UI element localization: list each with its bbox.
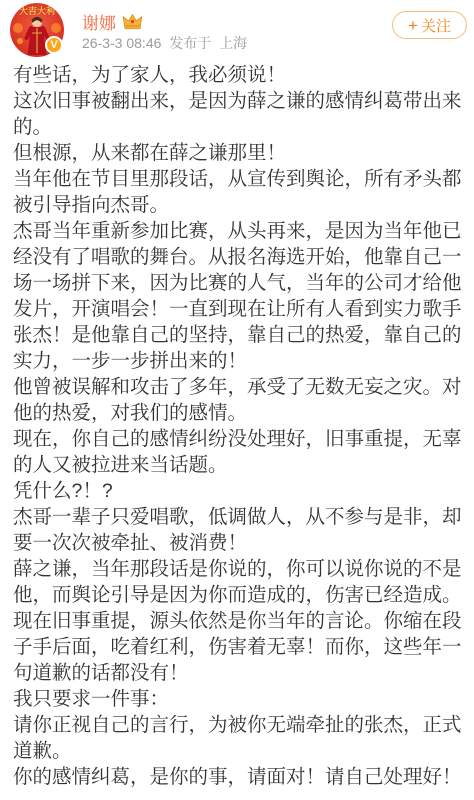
follow-button[interactable]: + 关注: [392, 11, 467, 39]
user-name-row: 谢娜: [82, 9, 143, 34]
post-paragraph: 但根源，从来都在薛之谦那里！: [13, 140, 468, 166]
posted-from-label: 发布于: [169, 35, 211, 51]
post-paragraph: 凭什么?！?: [13, 478, 468, 504]
post-content: 有些话，为了家人，我必须说！这次旧事被翻出来，是因为薛之谦的感情纠葛带出来的。但…: [0, 58, 474, 790]
username-link[interactable]: 谢娜: [82, 9, 116, 34]
post-meta: 26-3-3 08:46 发布于 上海: [82, 33, 251, 53]
post-paragraph: 杰哥当年重新参加比赛，从头再来，是因为当年他已经没有了唱歌的舞台。从报名海选开始…: [13, 218, 468, 374]
post-paragraph: 这次旧事被翻出来，是因为薛之谦的感情纠葛带出来的。: [13, 88, 468, 140]
verified-badge-icon: V: [45, 36, 63, 54]
post-paragraph: 我只要求一件事：: [13, 686, 468, 712]
post-paragraph: 他曾被误解和攻击了多年，承受了无数无妄之灾。对他的热爱，对我们的感情。: [13, 374, 468, 426]
post-paragraph: 当年他在节目里那段话，从宣传到舆论，所有矛头都被引导指向杰哥。: [13, 166, 468, 218]
post-paragraph: 杰哥一辈子只爱唱歌，低调做人，从不参与是非，却要一次次被牵扯、被消费！: [13, 504, 468, 556]
post-timestamp: 26-3-3 08:46: [82, 35, 161, 51]
avatar-decoration-text: 大吉大利: [10, 4, 64, 17]
post-paragraph: 有些话，为了家人，我必须说！: [13, 62, 468, 88]
follow-button-label: 关注: [421, 15, 451, 36]
post-location[interactable]: 上海: [219, 35, 247, 51]
post-header: 大吉大利 V 谢娜 26-3-3: [0, 0, 474, 58]
post-paragraph: 你的感情纠葛，是你的事，请面对！请自己处理好！: [13, 764, 468, 790]
post-paragraph: 请你正视自己的言行，为被你无端牵扯的张杰，正式道歉。: [13, 712, 468, 764]
plus-icon: +: [408, 17, 418, 34]
post-paragraph: 现在，你自己的感情纠纷没处理好，旧事重提，无辜的人又被拉进来当话题。: [13, 426, 468, 478]
weibo-post: 大吉大利 V 谢娜 26-3-3: [0, 0, 474, 800]
post-paragraph: 薛之谦，当年那段话是你说的，你可以说你说的不是他，而舆论引导是因为你而造成的，伤…: [13, 556, 468, 686]
vip-crown-icon: [122, 13, 143, 30]
